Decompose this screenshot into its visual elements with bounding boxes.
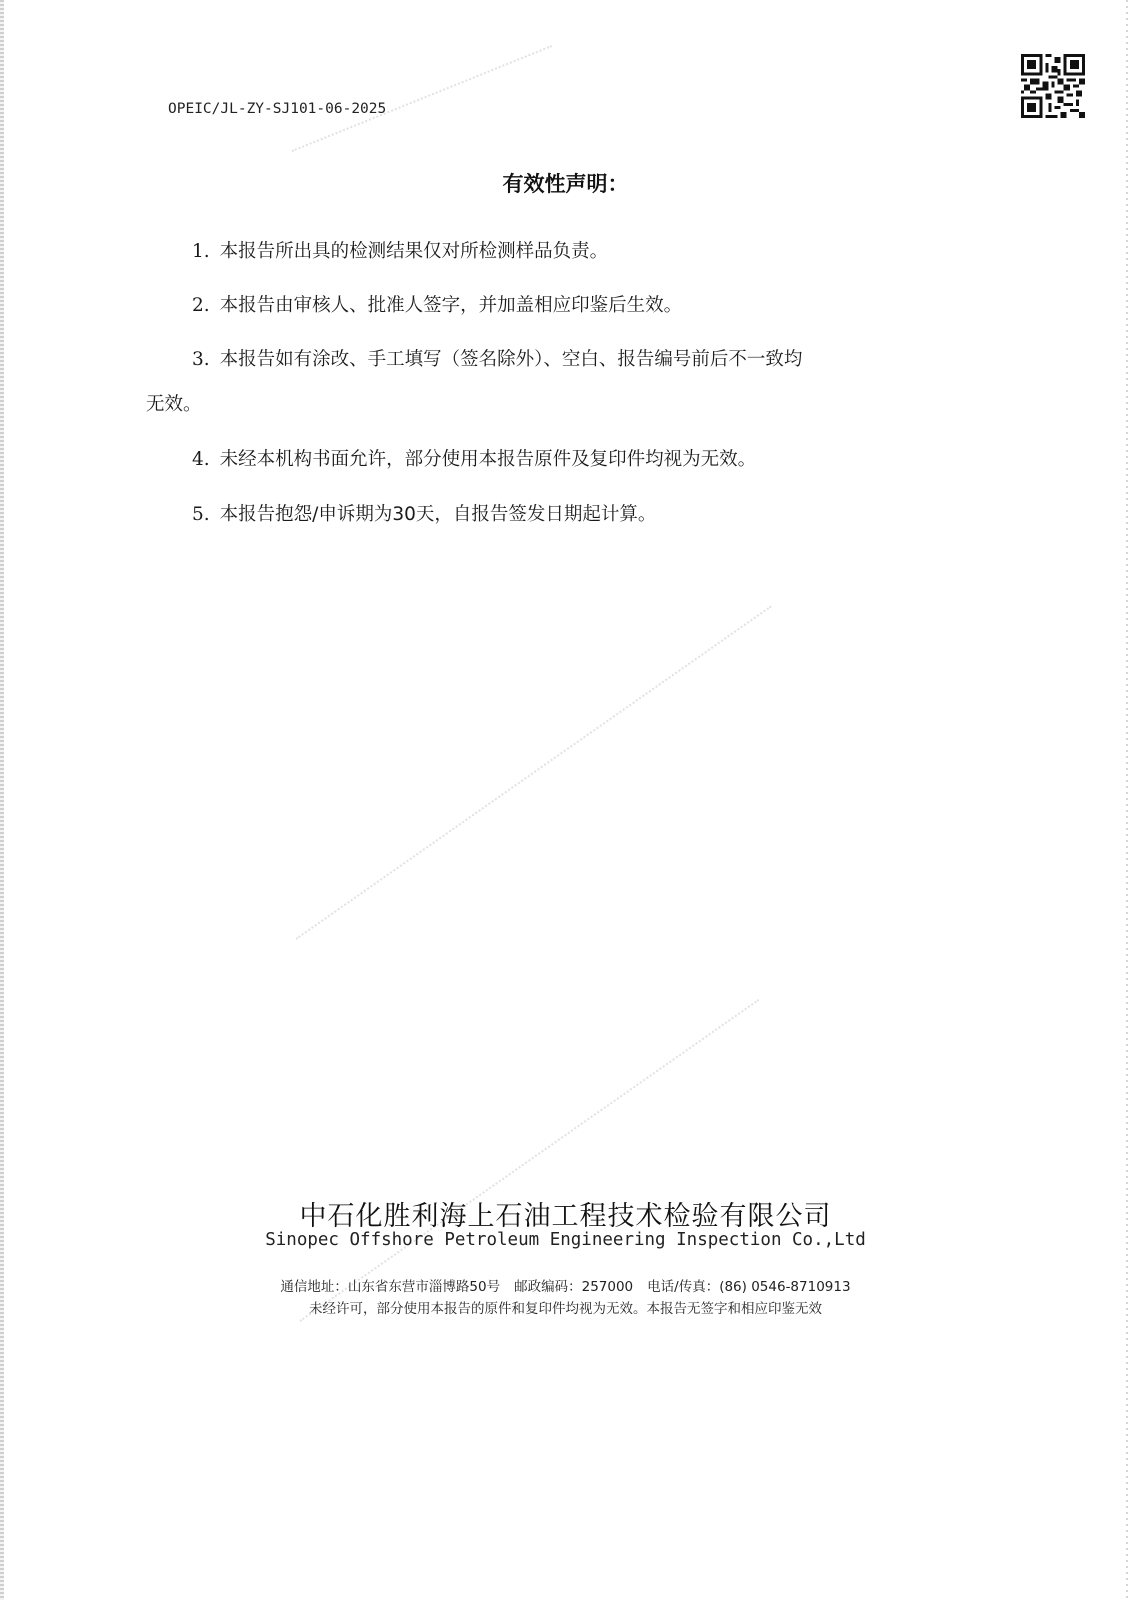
qr-code-icon: [1021, 54, 1085, 118]
clause-2: 2.本报告由审核人、批准人签字，并加盖相应印鉴后生效。: [192, 297, 682, 316]
clause-1: 1.本报告所出具的检测结果仅对所检测样品负责。: [192, 243, 608, 262]
clause-text: 本报告如有涂改、手工填写（签名除外）、空白、报告编号前后不一致均: [220, 349, 803, 370]
clause-3: 3.本报告如有涂改、手工填写（签名除外）、空白、报告编号前后不一致均: [192, 351, 802, 370]
clause-text: 本报告所出具的检测结果仅对所检测样品负责。: [220, 241, 609, 262]
scan-edge-right: [1126, 0, 1128, 1600]
phone-fax: 电话/传真：(86) 0546-8710913: [647, 1279, 850, 1295]
footer-notice: 未经许可，部分使用本报告的原件和复印件均视为无效。本报告无签字和相应印鉴无效: [0, 1297, 1131, 1317]
watermark-middle: [295, 606, 771, 940]
clause-text: 未经本机构书面允许，部分使用本报告原件及复印件均视为无效。: [220, 449, 757, 470]
clause-5: 5.本报告抱怨/申诉期为30天，自报告签发日期起计算。: [192, 506, 656, 525]
clause-text: 本报告抱怨/申诉期为30天，自报告签发日期起计算。: [220, 504, 657, 525]
clause-number: 5.: [192, 504, 210, 525]
clause-3-continuation: 无效。: [146, 396, 202, 415]
clause-number: 2.: [192, 295, 210, 316]
clause-number: 3.: [192, 349, 210, 370]
watermark-top: [292, 45, 552, 152]
scan-edge-left: [0, 0, 4, 1600]
watermark-lower: [299, 999, 759, 1322]
company-name-chinese: 中石化胜利海上石油工程技术检验有限公司: [0, 1194, 1131, 1233]
document-code: OPEIC/JL-ZY-SJ101-06-2025: [168, 101, 386, 117]
clause-number: 4.: [192, 449, 210, 470]
postcode: 邮政编码：257000: [514, 1279, 633, 1295]
contact-line: 通信地址：山东省东营市淄博路50号邮政编码：257000电话/传真：(86) 0…: [0, 1275, 1131, 1295]
clause-number: 1.: [192, 241, 210, 262]
clause-text-continuation: 无效。: [146, 394, 202, 415]
page-title: 有效性声明：: [0, 168, 1131, 198]
address: 通信地址：山东省东营市淄博路50号: [280, 1279, 500, 1295]
company-name-english: Sinopec Offshore Petroleum Engineering I…: [0, 1230, 1131, 1250]
clause-4: 4.未经本机构书面允许，部分使用本报告原件及复印件均视为无效。: [192, 451, 756, 470]
clause-text: 本报告由审核人、批准人签字，并加盖相应印鉴后生效。: [220, 295, 683, 316]
